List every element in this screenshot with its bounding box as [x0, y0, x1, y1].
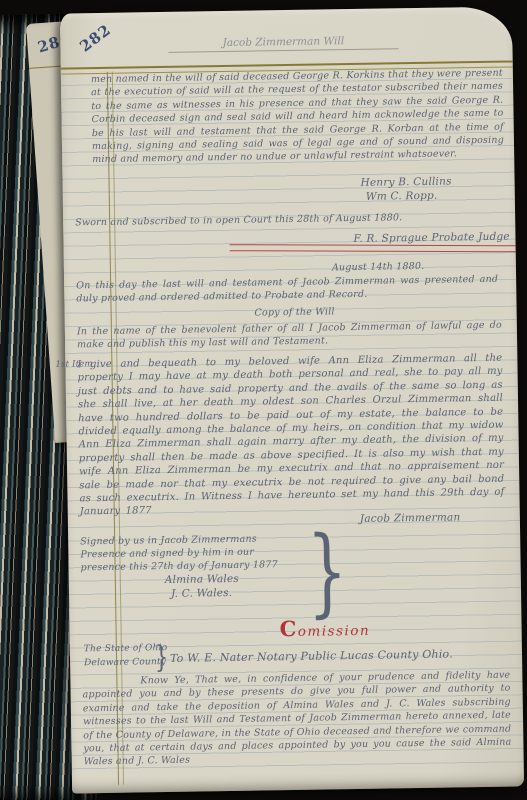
prior-probate-paragraph: men named in the will of said deceased G…: [91, 67, 504, 167]
will-item-1-paragraph: I give and bequeath to my beloved wife A…: [77, 352, 504, 520]
testator-signature: Jacob Zimmerman: [360, 511, 461, 526]
probate-date-line: August 14th 1880.: [332, 260, 425, 275]
attesting-witness-wales-2: J. C. Wales.: [171, 587, 232, 601]
page-282: 282 Jacob Zimmerman Will men named in th…: [60, 6, 524, 793]
red-ruled-underline: [230, 244, 516, 252]
venue-brace: }: [155, 644, 169, 672]
attestation-brace: }: [307, 525, 348, 618]
attesting-witness-wales-1: Almina Wales: [165, 573, 239, 588]
running-title: Jacob Zimmerman Will: [168, 34, 398, 53]
scanned-record-book-photo: 280 282 Jacob Zimmerman Will men named i…: [0, 0, 527, 800]
commission-heading: Comission: [279, 615, 370, 641]
witness-signature-cullins: Henry B. Cullins: [361, 175, 452, 190]
venue-county-line: Delaware County: [84, 656, 166, 671]
witness-signature-ropp: Wm C. Ropp.: [366, 190, 438, 205]
commission-body-paragraph: Know Ye, That we, in confidence of your …: [82, 669, 511, 770]
copy-of-will-heading: Copy of the Will: [215, 305, 375, 321]
page-number-282: 282: [76, 21, 114, 56]
